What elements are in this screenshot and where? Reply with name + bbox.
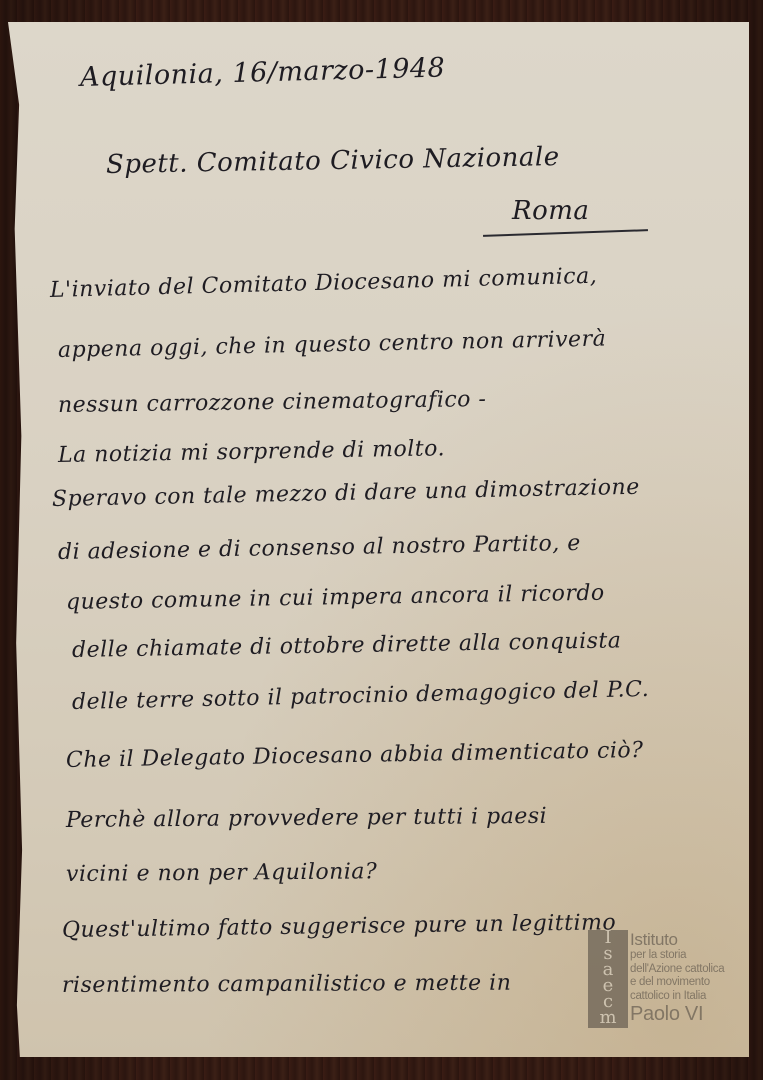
watermark-line: cattolico in Italia [630, 990, 724, 1004]
addressee-city: Roma [512, 196, 589, 226]
watermark-line: e del movimento [630, 976, 724, 990]
watermark-text: Istituto per la storia dell'Azione catto… [630, 930, 724, 1025]
institute-watermark: I s a e c m Istituto per la storia dell'… [588, 930, 738, 1030]
watermark-line: per la storia [630, 949, 724, 963]
body-line: risentimento campanilistico e mette in [62, 971, 511, 998]
watermark-line: dell'Azione cattolica [630, 963, 724, 977]
logo-letter: m [590, 1010, 626, 1026]
watermark-logo-letters: I s a e c m [590, 930, 626, 1026]
body-line: vicini e non per Aquilonia? [66, 859, 378, 887]
body-line: Perchè allora provvedere per tutti i pae… [66, 804, 547, 833]
watermark-line: Paolo VI [630, 1003, 724, 1025]
watermark-line: Istituto [630, 930, 724, 949]
